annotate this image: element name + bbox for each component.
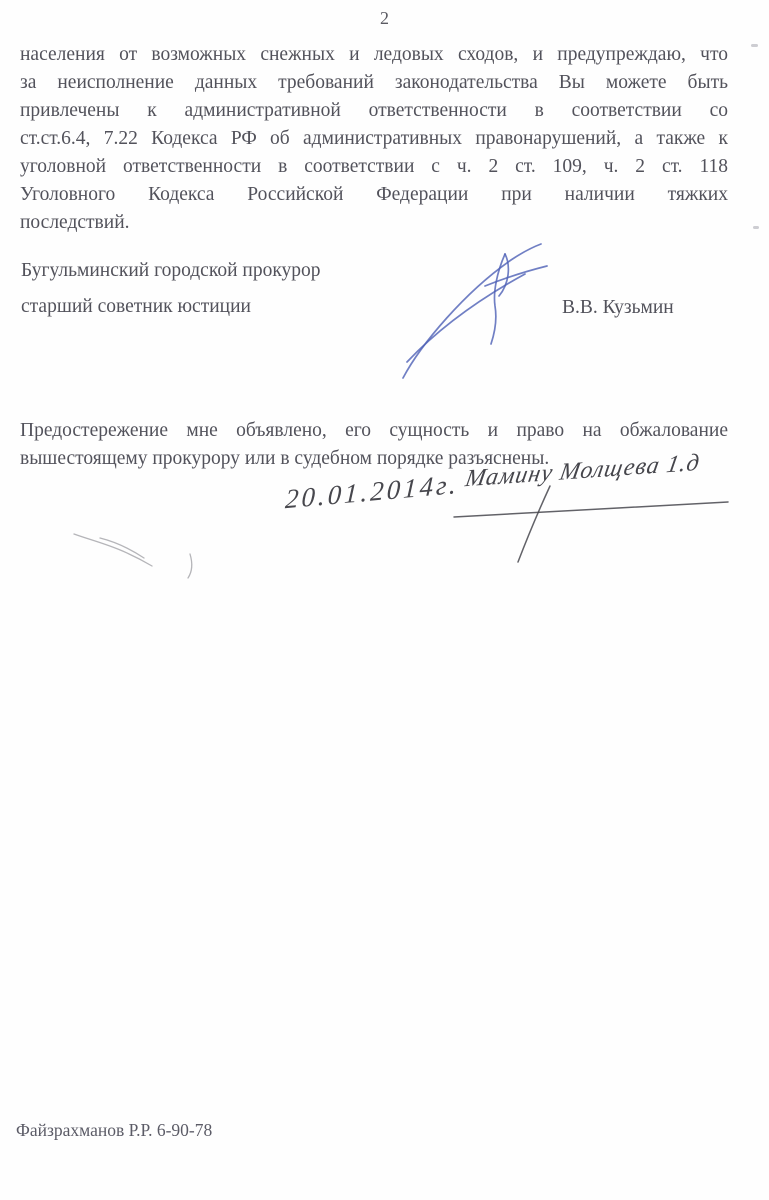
paragraph-line: за неисполнение данных требований законо…: [20, 69, 728, 97]
paragraph-line: Предостережение мне объявлено, его сущно…: [20, 417, 728, 445]
stray-pencil-mark: [60, 522, 230, 587]
prosecutor-pen-signature: [393, 240, 563, 385]
paragraph-line: Уголовного Кодекса Российской Федерации …: [20, 181, 728, 209]
paragraph-line: привлечены к административной ответствен…: [20, 97, 728, 125]
footer-executor-contact: Файзрахманов Р.Р. 6-90-78: [16, 1120, 212, 1141]
paragraph-line: ст.ст.6.4, 7.22 Кодекса РФ об администра…: [20, 125, 728, 153]
scan-artifact: [751, 44, 758, 47]
page-number: 2: [0, 8, 769, 29]
scanned-document-page: 2 населения от возможных снежных и ледов…: [0, 0, 769, 1200]
body-paragraph-legal-warning: населения от возможных снежных и ледовых…: [20, 41, 728, 237]
paragraph-line: последствий.: [20, 209, 728, 237]
paragraph-line: уголовной ответственности в соответствии…: [20, 153, 728, 181]
signer-name: В.В. Кузьмин: [562, 297, 674, 319]
handwritten-signature-underline: [440, 450, 740, 575]
handwritten-date: 20.01.2014г.: [284, 469, 459, 515]
signer-position-line1: Бугульминский городской прокурор: [21, 260, 321, 282]
paragraph-line: населения от возможных снежных и ледовых…: [20, 41, 728, 69]
signer-position-line2: старший советник юстиции: [21, 296, 251, 318]
scan-artifact: [753, 226, 759, 229]
